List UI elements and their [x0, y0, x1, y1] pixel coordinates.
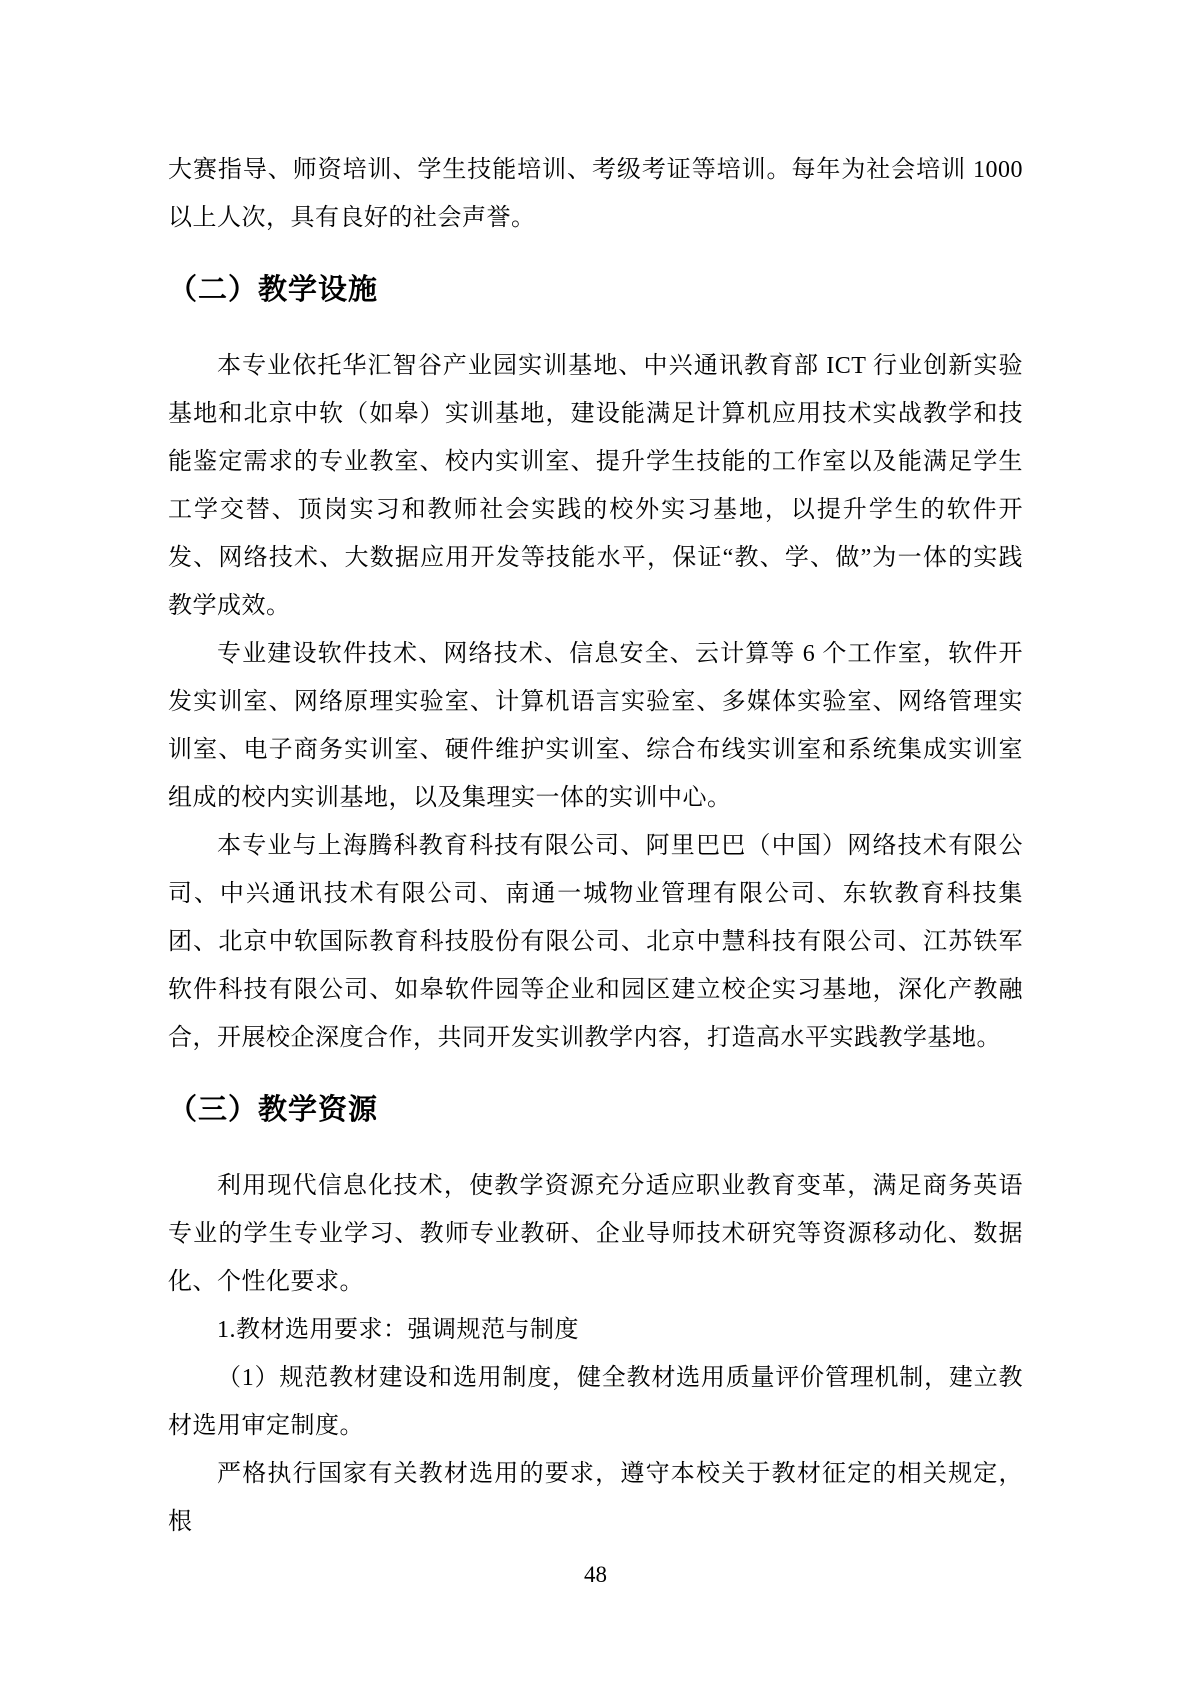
body-paragraph-last: 严格执行国家有关教材选用的要求，遵守本校关于教材征定的相关规定，根	[168, 1450, 1023, 1546]
body-paragraph: 专业建设软件技术、网络技术、信息安全、云计算等 6 个工作室，软件开发实训室、网…	[168, 630, 1023, 822]
list-item-textbook-selection-requirement: 1.教材选用要求：强调规范与制度	[168, 1306, 1023, 1354]
body-paragraph: 本专业与上海腾科教育科技有限公司、阿里巴巴（中国）网络技术有限公司、中兴通讯技术…	[168, 822, 1023, 1062]
section-heading-teaching-resources: （三）教学资源	[168, 1088, 1023, 1132]
page-number: 48	[0, 1560, 1191, 1590]
body-paragraph: 利用现代信息化技术，使教学资源充分适应职业教育变革，满足商务英语专业的学生专业学…	[168, 1162, 1023, 1306]
body-paragraph-continuation: 大赛指导、师资培训、学生技能培训、考级考证等培训。每年为社会培训 1000 以上…	[168, 146, 1023, 242]
section-heading-teaching-facilities: （二）教学设施	[168, 268, 1023, 312]
body-paragraph: 本专业依托华汇智谷产业园实训基地、中兴通讯教育部 ICT 行业创新实验基地和北京…	[168, 342, 1023, 630]
document-page: 大赛指导、师资培训、学生技能培训、考级考证等培训。每年为社会培训 1000 以上…	[0, 0, 1191, 1684]
list-item-textbook-selection-rule: （1）规范教材建设和选用制度，健全教材选用质量评价管理机制，建立教材选用审定制度…	[168, 1354, 1023, 1450]
